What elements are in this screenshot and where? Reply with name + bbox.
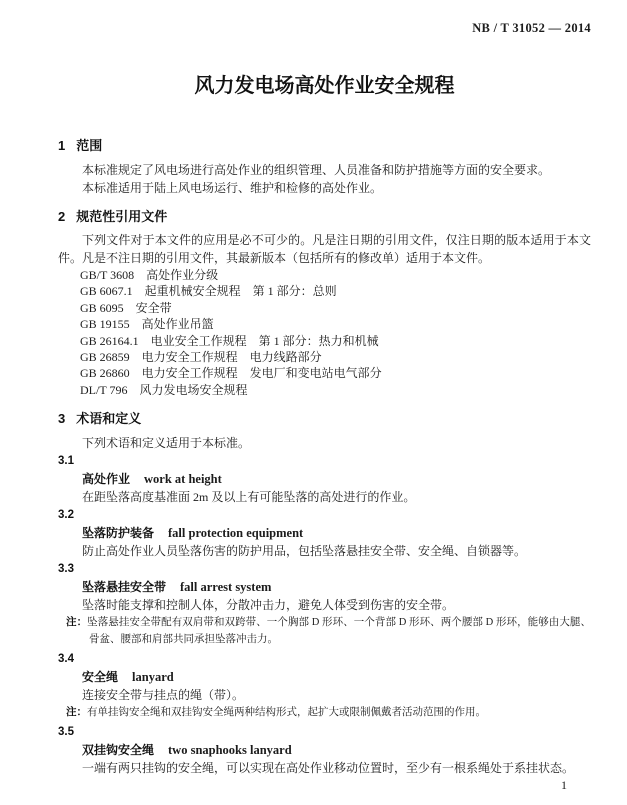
term-definition: 连接安全带与挂点的绳（带）。 [58, 686, 591, 704]
reference-title: 风力发电场安全规程 [139, 383, 247, 397]
section-1-paragraph: 本标准适用于陆上风电场运行、维护和检修的高处作业。 [58, 179, 591, 197]
reference-item: DL/T 796风力发电场安全规程 [58, 382, 591, 398]
term-name-zh: 坠落悬挂安全带 [82, 580, 166, 594]
document-page: NB / T 31052 — 2014 风力发电场高处作业安全规程 1范围 本标… [0, 0, 627, 805]
reference-title: 高处作业吊篮 [142, 317, 214, 331]
section-3-heading: 3术语和定义 [58, 411, 591, 427]
section-1-number: 1 [58, 138, 65, 153]
term-definition: 防止高处作业人员坠落伤害的防护用品，包括坠落悬挂安全带、安全绳、自锁器等。 [58, 542, 591, 560]
reference-title: 电力安全工作规程 发电厂和变电站电气部分 [142, 366, 382, 380]
document-content: NB / T 31052 — 2014 风力发电场高处作业安全规程 1范围 本标… [58, 0, 591, 777]
reference-title: 电力安全工作规程 电力线路部分 [142, 350, 322, 364]
term-definition: 在距坠落高度基准面 2m 及以上有可能坠落的高处进行的作业。 [58, 488, 591, 506]
reference-title: 电业安全工作规程 第 1 部分：热力和机械 [151, 334, 379, 348]
term-note: 注：有单挂钩安全绳和双挂钩安全绳两种结构形式，起扩大或限制佩戴者活动范围的作用。 [66, 704, 591, 721]
section-2-heading: 2规范性引用文件 [58, 209, 591, 225]
note-label: 注： [66, 706, 87, 718]
term-number: 3.5 [58, 723, 591, 741]
term-line: 双挂钩安全绳two snaphooks lanyard [58, 741, 591, 759]
term-name-en: work at height [144, 472, 222, 486]
section-3-intro: 下列术语和定义适用于本标准。 [58, 434, 591, 452]
reference-item: GB 26860电力安全工作规程 发电厂和变电站电气部分 [58, 365, 591, 381]
section-2-title: 规范性引用文件 [76, 209, 167, 224]
section-1-paragraph: 本标准规定了风电场进行高处作业的组织管理、人员准备和防护措施等方面的安全要求。 [58, 161, 591, 179]
page-number: 1 [58, 778, 591, 793]
term-name-en: fall protection equipment [168, 526, 303, 540]
term-line: 安全绳lanyard [58, 668, 591, 686]
term-number: 3.1 [58, 452, 591, 470]
section-3-title: 术语和定义 [76, 411, 141, 426]
note-text: 有单挂钩安全绳和双挂钩安全绳两种结构形式，起扩大或限制佩戴者活动范围的作用。 [87, 707, 486, 718]
standard-code: NB / T 31052 — 2014 [472, 21, 591, 35]
section-1-title: 范围 [76, 138, 102, 153]
section-2-number: 2 [58, 209, 65, 224]
term-line: 坠落悬挂安全带fall arrest system [58, 578, 591, 596]
term-name-en: lanyard [132, 670, 174, 684]
section-2-paragraph: 下列文件对于本文件的应用是必不可少的。凡是注日期的引用文件，仅注日期的版本适用于… [58, 231, 591, 267]
reference-code: GB 6067.1 [80, 284, 133, 298]
reference-code: GB 19155 [80, 317, 130, 331]
reference-code: GB 6095 [80, 301, 124, 315]
term-name-zh: 高处作业 [82, 472, 130, 486]
reference-code: GB 26164.1 [80, 334, 139, 348]
term-name-zh: 坠落防护装备 [82, 526, 154, 540]
term-line: 坠落防护装备fall protection equipment [58, 524, 591, 542]
term-definition: 一端有两只挂钩的安全绳，可以实现在高处作业移动位置时，至少有一根系绳处于系挂状态… [58, 759, 591, 777]
term-name-en: fall arrest system [180, 580, 271, 594]
term-number: 3.4 [58, 650, 591, 668]
term-name-zh: 安全绳 [82, 670, 118, 684]
reference-code: DL/T 796 [80, 383, 127, 397]
term-note: 注：坠落悬挂安全带配有双肩带和双跨带、一个胸部 D 形环、一个背部 D 形环、两… [66, 614, 591, 648]
normative-references-list: GB/T 3608高处作业分级 GB 6067.1起重机械安全规程 第 1 部分… [58, 267, 591, 398]
reference-item: GB 19155高处作业吊篮 [58, 316, 591, 332]
note-text: 坠落悬挂安全带配有双肩带和双跨带、一个胸部 D 形环、一个背部 D 形环、两个腰… [87, 617, 591, 645]
terms-and-definitions: 3.1 高处作业work at height 在距坠落高度基准面 2m 及以上有… [58, 452, 591, 777]
term-name-en: two snaphooks lanyard [168, 743, 292, 757]
reference-item: GB 6067.1起重机械安全规程 第 1 部分：总则 [58, 283, 591, 299]
section-3-number: 3 [58, 411, 65, 426]
reference-title: 安全带 [136, 301, 172, 315]
term-name-zh: 双挂钩安全绳 [82, 743, 154, 757]
term-number: 3.3 [58, 560, 591, 578]
term-definition: 坠落时能支撑和控制人体，分散冲击力，避免人体受到伤害的安全带。 [58, 596, 591, 614]
reference-item: GB 6095安全带 [58, 300, 591, 316]
reference-item: GB 26164.1电业安全工作规程 第 1 部分：热力和机械 [58, 333, 591, 349]
reference-code: GB/T 3608 [80, 268, 134, 282]
reference-title: 起重机械安全规程 第 1 部分：总则 [145, 284, 337, 298]
section-1-heading: 1范围 [58, 138, 591, 154]
reference-item: GB/T 3608高处作业分级 [58, 267, 591, 283]
reference-code: GB 26860 [80, 366, 130, 380]
reference-code: GB 26859 [80, 350, 130, 364]
document-header: NB / T 31052 — 2014 [58, 21, 591, 36]
reference-item: GB 26859电力安全工作规程 电力线路部分 [58, 349, 591, 365]
term-number: 3.2 [58, 506, 591, 524]
reference-title: 高处作业分级 [146, 268, 218, 282]
document-title: 风力发电场高处作业安全规程 [58, 75, 591, 97]
note-label: 注： [66, 616, 87, 628]
term-line: 高处作业work at height [58, 470, 591, 488]
